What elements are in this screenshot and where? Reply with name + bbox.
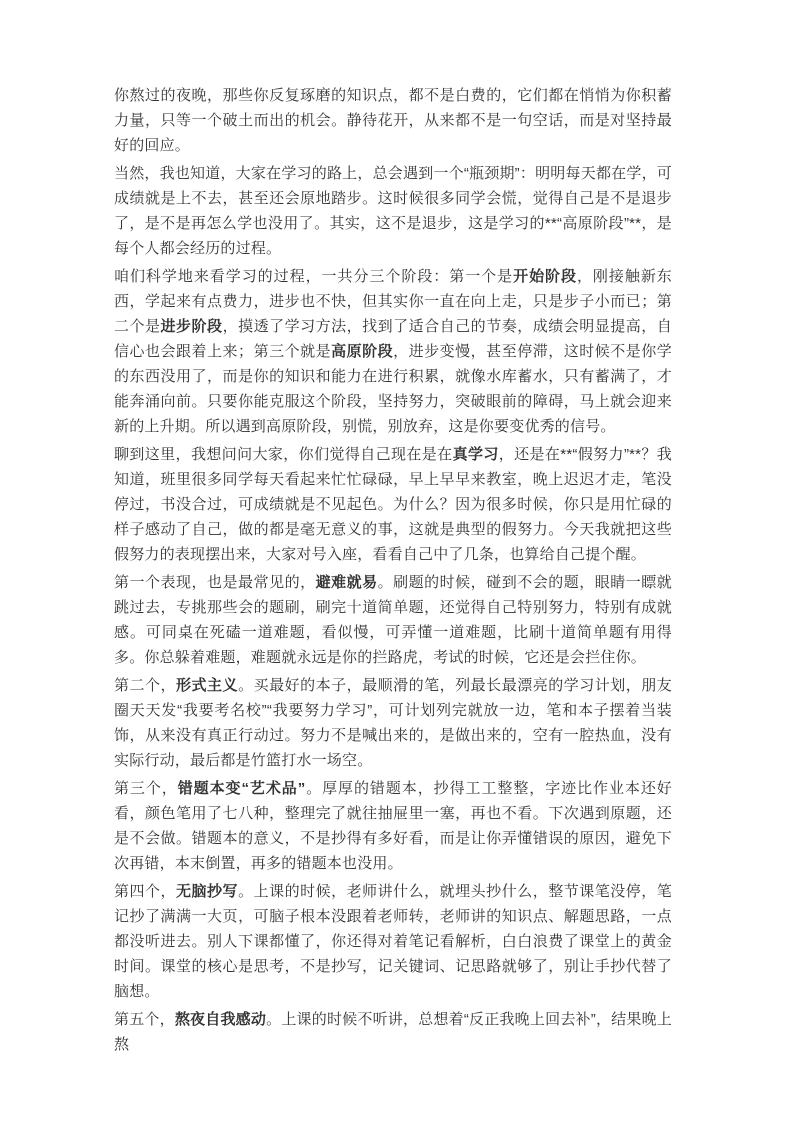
bold-text-run: 形式主义 bbox=[176, 677, 238, 694]
text-run: 。上课的时候，老师讲什么，就埋头抄什么，整节课笔没停，笔记抄了满满一大页，可脑子… bbox=[114, 883, 672, 1000]
bold-text-run: 开始阶段 bbox=[513, 268, 577, 285]
bold-text-run: 错题本变“艺术品” bbox=[178, 780, 306, 797]
text-run: 你熬过的夜晚，那些你反复琢磨的知识点，都不是白费的，它们都在悄悄为你积蓄力量，只… bbox=[114, 87, 672, 154]
text-run: 第五个， bbox=[114, 1011, 175, 1028]
text-run: 咱们科学地来看学习的过程，一共分三个阶段：第一个是 bbox=[114, 268, 513, 285]
text-run: 第三个， bbox=[114, 780, 178, 797]
bold-text-run: 高原阶段 bbox=[331, 343, 393, 360]
document-content: 你熬过的夜晚，那些你反复琢磨的知识点，都不是白费的，它们都在悄悄为你积蓄力量，只… bbox=[114, 83, 672, 1060]
bold-text-run: 进步阶段 bbox=[161, 318, 223, 335]
paragraph: 第三个，错题本变“艺术品”。厚厚的错题本，抄得工工整整，字迹比作业本还好看，颜色… bbox=[114, 776, 672, 876]
paragraph: 咱们科学地来看学习的过程，一共分三个阶段：第一个是开始阶段，刚接触新东西，学起来… bbox=[114, 264, 672, 439]
text-run: 第一个表现，也是最常见的， bbox=[114, 574, 316, 591]
paragraph: 第二个，形式主义。买最好的本子，最顺滑的笔，列最长最漂亮的学习计划，朋友圈天天发… bbox=[114, 673, 672, 773]
bold-text-run: 无脑抄写 bbox=[176, 883, 238, 900]
paragraph: 你熬过的夜晚，那些你反复琢磨的知识点，都不是白费的，它们都在悄悄为你积蓄力量，只… bbox=[114, 83, 672, 158]
paragraph: 聊到这里，我想问问大家，你们觉得自己现在是在真学习，还是在**“假努力”**？我… bbox=[114, 442, 672, 567]
paragraph: 第五个，熬夜自我感动。上课的时候不听讲，总想着“反正我晚上回去补”，结果晚上熬 bbox=[114, 1007, 672, 1057]
text-run: 聊到这里，我想问问大家，你们觉得自己现在是在 bbox=[114, 446, 453, 463]
bold-text-run: 避难就易 bbox=[316, 574, 378, 591]
text-run: 第四个， bbox=[114, 883, 176, 900]
bold-text-run: 真学习 bbox=[453, 446, 499, 463]
text-run: ，还是在**“假努力”**？我知道，班里很多同学每天看起来忙忙碌碌，早上早早来教… bbox=[114, 446, 672, 563]
text-run: 第二个， bbox=[114, 677, 176, 694]
document-page: 你熬过的夜晚，那些你反复琢磨的知识点，都不是白费的，它们都在悄悄为你积蓄力量，只… bbox=[0, 0, 793, 1122]
text-run: 当然，我也知道，大家在学习的路上，总会遇到一个“瓶颈期”：明明每天都在学，可成绩… bbox=[114, 165, 672, 257]
paragraph: 第四个，无脑抄写。上课的时候，老师讲什么，就埋头抄什么，整节课笔没停，笔记抄了满… bbox=[114, 879, 672, 1004]
paragraph: 当然，我也知道，大家在学习的路上，总会遇到一个“瓶颈期”：明明每天都在学，可成绩… bbox=[114, 161, 672, 261]
paragraph: 第一个表现，也是最常见的，避难就易。刷题的时候，碰到不会的题，眼睛一瞟就跳过去，… bbox=[114, 570, 672, 670]
bold-text-run: 熬夜自我感动 bbox=[175, 1011, 266, 1028]
